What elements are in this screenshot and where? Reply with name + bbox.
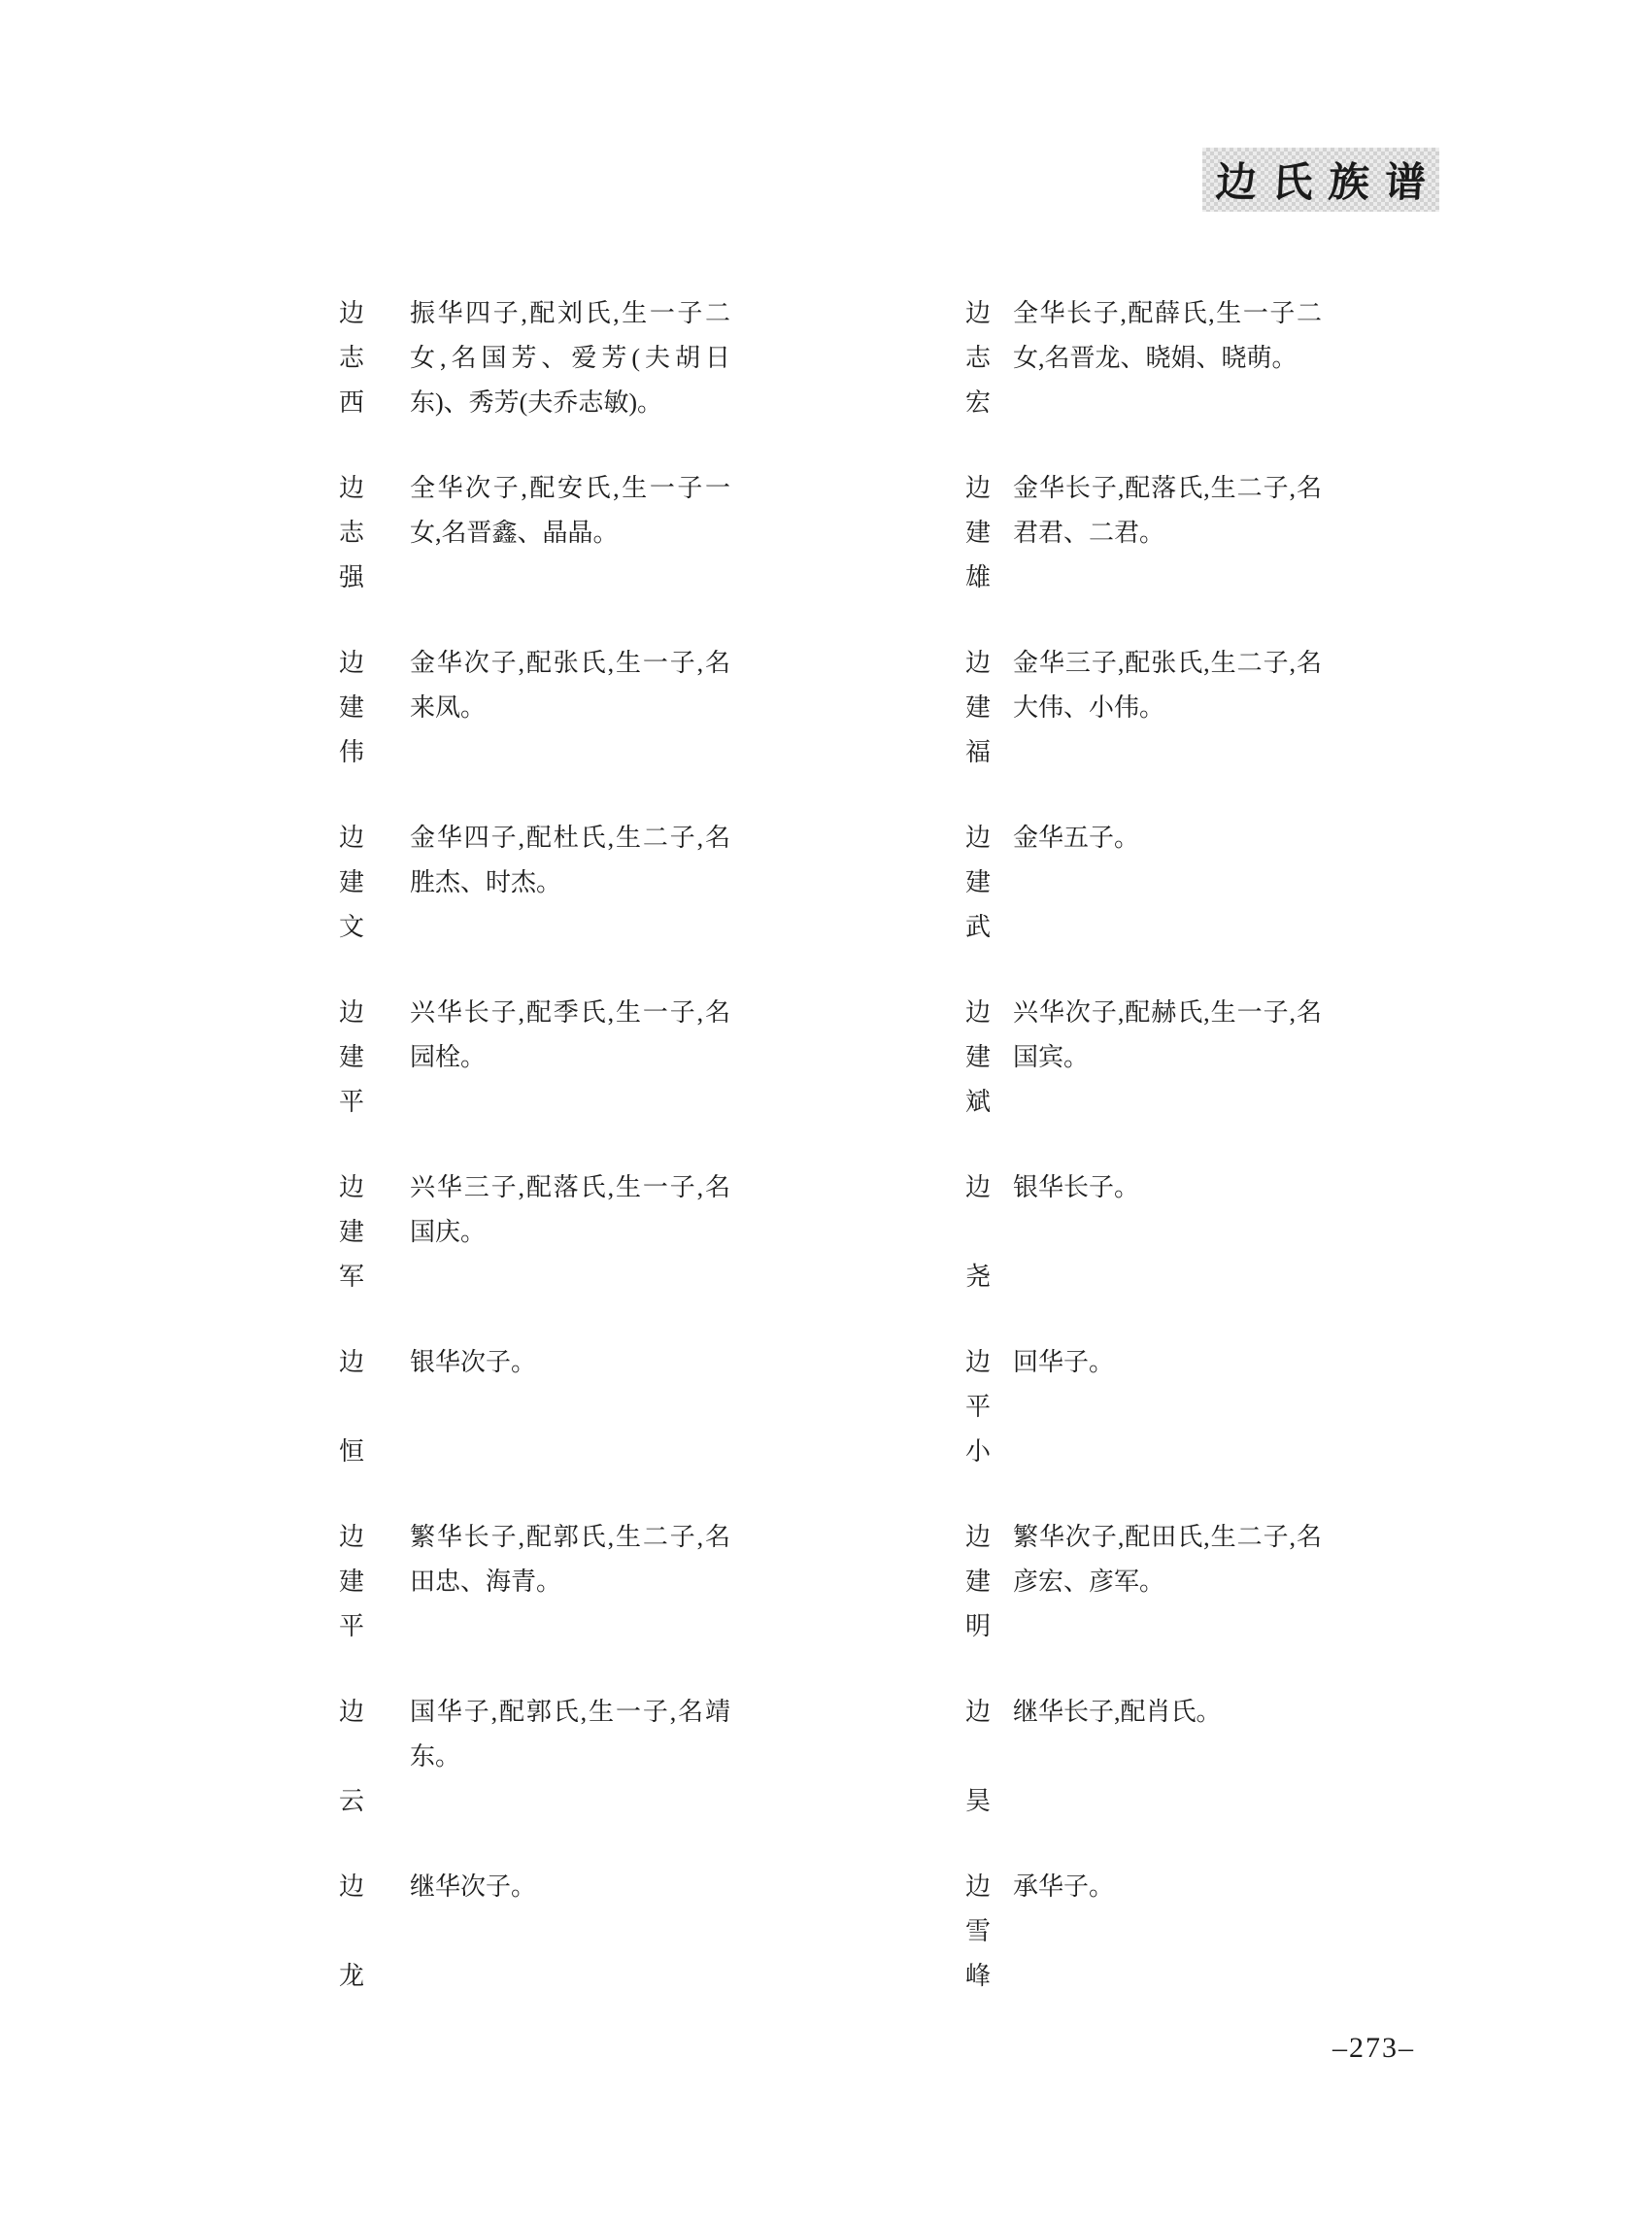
person-name-char: 边 — [964, 1690, 992, 1735]
person-name-char: 边 — [338, 1515, 365, 1560]
person-record: 繁华次子,配田氏,生二子,名彦宏、彦军。 — [1013, 1515, 1322, 1604]
person-name-char: 边 — [338, 466, 365, 511]
person-name-char — [964, 1735, 992, 1779]
person-name-char — [338, 1735, 365, 1779]
genealogy-entry: 边 尧 银华长子。 — [964, 1165, 1322, 1340]
person-record: 金华三子,配张氏,生二子,名大伟、小伟。 — [1013, 641, 1322, 730]
person-name-char: 边 — [964, 991, 992, 1035]
person-name-char: 伟 — [338, 730, 365, 775]
person-name: 边建文 — [338, 816, 365, 950]
genealogy-entry: 边建雄 金华长子,配落氏,生二子,名君君、二君。 — [964, 466, 1322, 641]
person-record: 兴华长子,配季氏,生一子,名园栓。 — [410, 991, 730, 1080]
person-name: 边建雄 — [964, 466, 992, 600]
genealogy-entry: 边建福 金华三子,配张氏,生二子,名大伟、小伟。 — [964, 641, 1322, 816]
person-name-char: 建 — [338, 1210, 365, 1255]
person-name-char: 边 — [964, 1865, 992, 1909]
person-record: 金华四子,配杜氏,生二子,名胜杰、时杰。 — [410, 816, 730, 905]
genealogy-entry: 边建武 金华五子。 — [964, 816, 1322, 991]
person-name-char: 边 — [964, 641, 992, 686]
right-column: 边志宏 全华长子,配薛氏,生一子二女,名晋龙、晓娟、晓萌。 边建雄 金华长子,配… — [964, 291, 1322, 2040]
person-name-char: 军 — [338, 1255, 365, 1299]
person-name-char: 小 — [964, 1430, 992, 1474]
book-title-badge: 边氏族谱 — [1202, 148, 1439, 212]
genealogy-entry: 边建平 兴华长子,配季氏,生一子,名园栓。 — [338, 991, 730, 1165]
genealogy-entry: 边 云 国华子,配郭氏,生一子,名靖东。 — [338, 1690, 730, 1865]
person-name-char: 文 — [338, 905, 365, 950]
genealogy-entry: 边建军 兴华三子,配落氏,生一子,名国庆。 — [338, 1165, 730, 1340]
person-record: 繁华长子,配郭氏,生二子,名田忠、海青。 — [410, 1515, 730, 1604]
person-name: 边志宏 — [964, 291, 992, 425]
person-name-char: 志 — [964, 336, 992, 381]
person-name-char — [964, 1210, 992, 1255]
person-name-char: 志 — [338, 511, 365, 556]
person-name-char: 武 — [964, 905, 992, 950]
person-name: 边 尧 — [964, 1165, 992, 1299]
person-record: 继华长子,配肖氏。 — [1013, 1690, 1322, 1735]
page-number: –273– — [1332, 2032, 1415, 2065]
person-name-char: 建 — [338, 1560, 365, 1604]
person-name-char: 云 — [338, 1779, 365, 1824]
genealogy-entry: 边 恒 银华次子。 — [338, 1340, 730, 1515]
person-name-char: 峰 — [964, 1954, 992, 1999]
left-column: 边志西 振华四子,配刘氏,生一子二女,名国芳、爱芳(夫胡日东)、秀芳(夫乔志敏)… — [338, 291, 730, 2040]
genealogy-entry: 边 昊 继华长子,配肖氏。 — [964, 1690, 1322, 1865]
person-name-char: 边 — [338, 641, 365, 686]
person-name: 边建伟 — [338, 641, 365, 775]
person-name-char: 斌 — [964, 1080, 992, 1125]
person-name: 边建福 — [964, 641, 992, 775]
person-name: 边志强 — [338, 466, 365, 600]
person-record: 承华子。 — [1013, 1865, 1322, 1909]
person-name: 边建武 — [964, 816, 992, 950]
person-name-char: 边 — [964, 816, 992, 860]
person-record: 兴华三子,配落氏,生一子,名国庆。 — [410, 1165, 730, 1255]
person-name-char: 龙 — [338, 1954, 365, 1999]
person-name-char: 建 — [964, 686, 992, 730]
genealogy-entry: 边建斌 兴华次子,配赫氏,生一子,名国宾。 — [964, 991, 1322, 1165]
person-name: 边雪峰 — [964, 1865, 992, 1999]
person-name-char: 边 — [338, 291, 365, 336]
person-name-char: 雪 — [964, 1909, 992, 1954]
genealogy-entry: 边建文 金华四子,配杜氏,生二子,名胜杰、时杰。 — [338, 816, 730, 991]
person-name-char: 边 — [338, 1340, 365, 1385]
person-name-char: 边 — [338, 991, 365, 1035]
person-record: 振华四子,配刘氏,生一子二女,名国芳、爱芳(夫胡日东)、秀芳(夫乔志敏)。 — [410, 291, 730, 425]
person-name: 边 昊 — [964, 1690, 992, 1824]
person-name-char: 建 — [338, 1035, 365, 1080]
person-record: 全华长子,配薛氏,生一子二女,名晋龙、晓娟、晓萌。 — [1013, 291, 1322, 381]
genealogy-book-page: 边氏族谱 边志西 振华四子,配刘氏,生一子二女,名国芳、爱芳(夫胡日东)、秀芳(… — [0, 0, 1652, 2226]
person-name: 边建军 — [338, 1165, 365, 1299]
person-record: 金华次子,配张氏,生一子,名来凤。 — [410, 641, 730, 730]
person-record: 回华子。 — [1013, 1340, 1322, 1385]
person-record: 金华长子,配落氏,生二子,名君君、二君。 — [1013, 466, 1322, 556]
person-name: 边 龙 — [338, 1865, 365, 1999]
genealogy-entry: 边 龙 继华次子。 — [338, 1865, 730, 2040]
genealogy-entry: 边雪峰 承华子。 — [964, 1865, 1322, 2040]
person-name: 边 恒 — [338, 1340, 365, 1474]
person-record: 银华长子。 — [1013, 1165, 1322, 1210]
person-name-char: 平 — [964, 1385, 992, 1430]
person-name-char: 边 — [964, 1515, 992, 1560]
person-name-char: 边 — [964, 466, 992, 511]
book-title: 边氏族谱 — [1198, 151, 1442, 209]
person-record: 继华次子。 — [410, 1865, 730, 1909]
person-name-char: 雄 — [964, 556, 992, 600]
person-name-char: 边 — [964, 291, 992, 336]
person-name: 边建明 — [964, 1515, 992, 1649]
genealogy-entry: 边建平 繁华长子,配郭氏,生二子,名田忠、海青。 — [338, 1515, 730, 1690]
person-name-char: 建 — [964, 511, 992, 556]
person-name-char: 昊 — [964, 1779, 992, 1824]
person-name-char — [338, 1385, 365, 1430]
person-name: 边平小 — [964, 1340, 992, 1474]
person-record: 国华子,配郭氏,生一子,名靖东。 — [410, 1690, 730, 1779]
person-name-char: 边 — [338, 1690, 365, 1735]
genealogy-entry: 边平小 回华子。 — [964, 1340, 1322, 1515]
person-record: 兴华次子,配赫氏,生一子,名国宾。 — [1013, 991, 1322, 1080]
person-name: 边建平 — [338, 1515, 365, 1649]
person-name: 边建平 — [338, 991, 365, 1125]
person-record: 金华五子。 — [1013, 816, 1322, 860]
person-name-char: 建 — [964, 1560, 992, 1604]
person-name: 边 云 — [338, 1690, 365, 1824]
person-name-char: 建 — [964, 860, 992, 905]
person-record: 全华次子,配安氏,生一子一女,名晋鑫、晶晶。 — [410, 466, 730, 556]
person-name-char: 建 — [338, 686, 365, 730]
person-name-char — [338, 1909, 365, 1954]
person-name-char: 边 — [338, 816, 365, 860]
person-name-char: 平 — [338, 1604, 365, 1649]
person-record: 银华次子。 — [410, 1340, 730, 1385]
person-name-char: 志 — [338, 336, 365, 381]
genealogy-entry: 边志强 全华次子,配安氏,生一子一女,名晋鑫、晶晶。 — [338, 466, 730, 641]
person-name-char: 边 — [338, 1865, 365, 1909]
person-name-char: 边 — [338, 1165, 365, 1210]
person-name-char: 明 — [964, 1604, 992, 1649]
person-name-char: 边 — [964, 1340, 992, 1385]
person-name-char: 建 — [338, 860, 365, 905]
person-name-char: 尧 — [964, 1255, 992, 1299]
genealogy-entry: 边建伟 金华次子,配张氏,生一子,名来凤。 — [338, 641, 730, 816]
person-name-char: 西 — [338, 381, 365, 425]
genealogy-entry: 边建明 繁华次子,配田氏,生二子,名彦宏、彦军。 — [964, 1515, 1322, 1690]
person-name-char: 福 — [964, 730, 992, 775]
person-name-char: 宏 — [964, 381, 992, 425]
genealogy-entry: 边志宏 全华长子,配薛氏,生一子二女,名晋龙、晓娟、晓萌。 — [964, 291, 1322, 466]
genealogy-entry: 边志西 振华四子,配刘氏,生一子二女,名国芳、爱芳(夫胡日东)、秀芳(夫乔志敏)… — [338, 291, 730, 466]
person-name: 边建斌 — [964, 991, 992, 1125]
person-name: 边志西 — [338, 291, 365, 425]
person-name-char: 平 — [338, 1080, 365, 1125]
person-name-char: 建 — [964, 1035, 992, 1080]
person-name-char: 恒 — [338, 1430, 365, 1474]
person-name-char: 边 — [964, 1165, 992, 1210]
person-name-char: 强 — [338, 556, 365, 600]
